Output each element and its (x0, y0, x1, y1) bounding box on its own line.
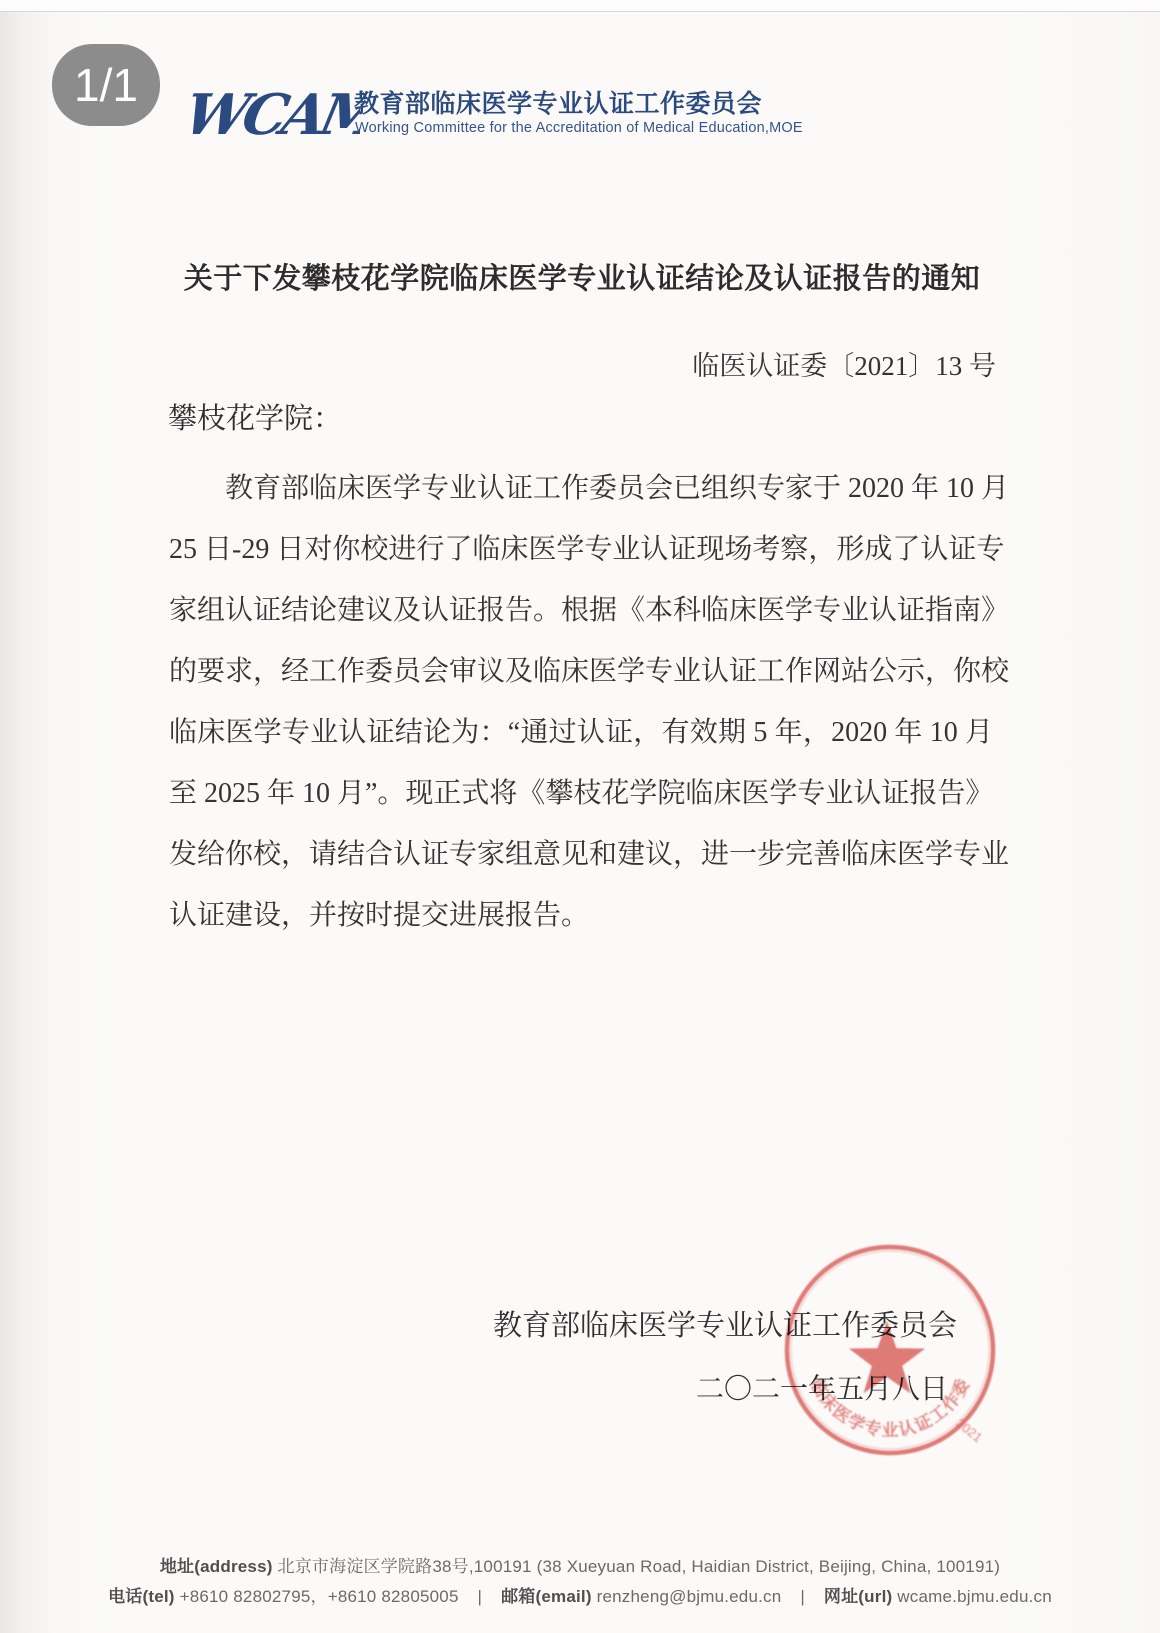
address-value: 北京市海淀区学院路38号,100191 (38 Xueyuan Road, Ha… (278, 1557, 1001, 1576)
email-value: renzheng@bjmu.edu.cn (597, 1587, 782, 1606)
wcame-logo-text: WCAME (179, 83, 360, 148)
official-seal: 临床医学专业认证工作委员会 2021 (779, 1239, 1001, 1461)
document-number: 临医认证委〔2021〕13 号 (168, 344, 996, 383)
scan-top-edge (0, 0, 1160, 12)
body-line: 临床医学专业认证结论为：“通过认证，有效期 5 年，2020 年 10 月 (169, 702, 993, 763)
letter-title: 关于下发攀枝花学院临床医学专业认证结论及认证报告的通知 (168, 256, 996, 297)
page-indicator-badge: 1/1 (52, 44, 160, 126)
address-label: 地址(address) (160, 1557, 273, 1576)
seal-star-icon (849, 1321, 925, 1393)
footer-separator: | (786, 1587, 819, 1606)
body-line: 发给你校，请结合认证专家组意见和建议，进一步完善临床医学专业 (169, 824, 993, 885)
tel-value: +8610 82802795，+8610 82805005 (180, 1587, 459, 1606)
email-label: 邮箱(email) (501, 1587, 592, 1606)
footer-contact-line: 电话(tel) +8610 82802795，+8610 82805005 | … (0, 1582, 1160, 1612)
wcame-logo: WCAME (176, 76, 360, 150)
body-line: 25 日-29 日对你校进行了临床医学专业认证现场考察，形成了认证专 (169, 519, 993, 580)
url-value: wcame.bjmu.edu.cn (897, 1587, 1052, 1606)
letterhead-footer: 地址(address) 北京市海淀区学院路38号,100191 (38 Xuey… (0, 1552, 1160, 1612)
org-name-chinese: 教育部临床医学专业认证工作委员会 (354, 84, 762, 120)
body-line: 至 2025 年 10 月”。现正式将《攀枝花学院临床医学专业认证报告》 (169, 763, 993, 824)
body-line: 认证建设，并按时提交进展报告。 (169, 885, 993, 946)
page-indicator-text: 1/1 (74, 58, 138, 112)
url-label: 网址(url) (824, 1587, 892, 1606)
body-line: 的要求，经工作委员会审议及临床医学专业认证工作网站公示，你校 (169, 641, 993, 702)
footer-address-line: 地址(address) 北京市海淀区学院路38号,100191 (38 Xuey… (0, 1552, 1160, 1582)
body-line: 家组认证结论建议及认证报告。根据《本科临床医学专业认证指南》 (169, 580, 993, 641)
document-viewer: 1/1 WCAME 教育部临床医学专业认证工作委员会 Working Commi… (0, 0, 1160, 1633)
addressee: 攀枝花学院： (168, 396, 342, 437)
letter-body: 教育部临床医学专业认证工作委员会已组织专家于 2020 年 10 月 25 日-… (169, 458, 993, 946)
org-name-english: Working Committee for the Accreditation … (355, 120, 803, 136)
footer-separator: | (464, 1587, 497, 1606)
tel-label: 电话(tel) (108, 1587, 175, 1606)
seal-code: 2021 (953, 1416, 985, 1446)
body-line: 教育部临床医学专业认证工作委员会已组织专家于 2020 年 10 月 (169, 458, 993, 519)
